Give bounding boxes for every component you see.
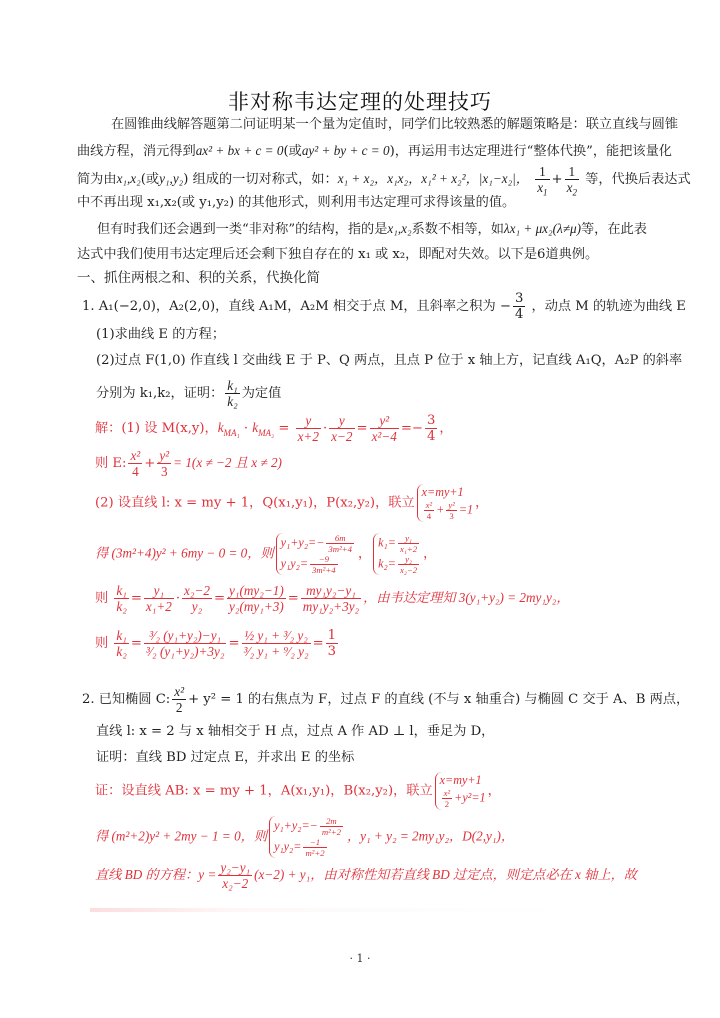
text: 为定值: [242, 386, 282, 401]
fraction-1-over-x1: 1x1: [535, 164, 549, 195]
document-page: 非对称韦达定理的处理技巧 在圆锥曲线解答题第二问证明某一个量为定值时，同学们比较…: [0, 0, 720, 1018]
variables: x₁,x₂: [387, 221, 411, 236]
solution1-step1: 解：(1) 设 M(x,y)，kMA₁ · kMA₂ = yx+2·yx−2=y…: [95, 413, 453, 444]
fraction-1-over-x2: 1x2: [565, 164, 579, 195]
fraction: ½ y₁ + ³⁄₂ y₂³⁄₂ y₁ + ⁹⁄₂ y₂: [242, 628, 311, 659]
fraction: k₁k₂: [114, 583, 128, 614]
solution2-step3: 直线 BD 的方程：y =y₂−y₁x₂−2(x−2) + y₁，由对称性知若直…: [95, 860, 637, 891]
text: 则 E:: [95, 456, 126, 471]
equation: ax² + bx + c = 0: [196, 143, 284, 158]
fraction: yx+2: [296, 413, 321, 444]
problem2-line3: 证明：直线 BD 过定点 E，并求出 E 的坐标: [96, 745, 354, 771]
fraction: k₁k₂: [114, 628, 128, 659]
solution1-step3: (2) 设直线 l: x = my + 1，Q(x₁,y₁)，P(x₂,y₂)，…: [95, 484, 488, 522]
solution1-step6: 则 k₁k₂=³⁄₂ (y₁+y₂)−y₁³⁄₂ (y₁+y₂)+3y₂=½ y…: [95, 628, 340, 659]
text: (或: [283, 144, 301, 159]
text: 直线 BD 的方程：y =: [95, 867, 216, 882]
vieta-system: y₁+y₂=−2mm²+2y₁y₂=−1m²+2: [269, 816, 345, 858]
intro-p2-line2: 达式中我们使用韦达定理后还会剩下独自存在的 x₁ 或 x₂，即配对失效。以下是6…: [77, 242, 598, 268]
problem1-question2-line2: 分别为 k₁,k₂，证明：k₁k₂为定值: [96, 378, 281, 409]
problem1-stem: 1. A₁(−2,0)，A₂(2,0)，直线 A₁M，A₂M 相交于点 M，且斜…: [82, 291, 686, 322]
fraction: x₂−2y₂: [182, 583, 212, 614]
symmetric-expressions: x₁ + x₂，x₁x₂，x₁² + x₂²，|x₁−x₂|，: [338, 171, 529, 186]
fraction: y²3: [157, 448, 171, 479]
fraction: y₁x₁+2: [144, 583, 174, 614]
solution1-step2: 则 E:x²4+y²3= 1(x ≠ −2 且 x ≠ 2): [95, 448, 282, 479]
text: 等，代换后表达式: [585, 172, 691, 187]
problem2-stem: 2. 已知椭圆 C:x²2+ y² = 1 的右焦点为 F，过点 F 的直线 (…: [82, 684, 689, 715]
text: (x−2) + y₁，由对称性知若直线 BD 过定点，则定点必在 x 轴上，故: [254, 867, 637, 882]
fraction-3-4: 34: [513, 291, 525, 322]
equation-system: x=my+1x²2+y²=1: [435, 772, 486, 810]
text: 则: [95, 636, 108, 651]
fraction: my₁y₂−y₁my₁y₂+3y₂: [301, 583, 361, 614]
text: 得 (3m²+4)y² + 6my − 0 = 0，则: [95, 546, 274, 561]
page-number: · 1 ·: [0, 952, 720, 965]
fraction: ³⁄₂ (y₁+y₂)−y₁³⁄₂ (y₁+y₂)+3y₂: [144, 628, 227, 659]
intro-p1-line2: 曲线方程，消元得到ax² + bx + c = 0(或ay² + by + c …: [77, 138, 672, 165]
text: )，再运用韦达定理进行“整体代换”，能把该量化: [390, 144, 672, 159]
fraction: y₂−y₁x₂−2: [218, 860, 252, 891]
intro-p2-line1: 但有时我们还会遇到一类“非对称”的结构，指的是x₁,x₂系数不相等，如λx₁ +…: [97, 216, 647, 243]
equation: ay² + by + c = 0: [302, 143, 390, 158]
fraction: x²4: [128, 448, 142, 479]
variables: y₁,y₂: [159, 171, 183, 186]
fraction: yx−2: [329, 413, 354, 444]
text: 得 (m²+2)y² + 2my − 1 = 0，则: [95, 829, 267, 844]
text: ，由韦达定理知 3(y₁+y₂) = 2my₁y₂，: [363, 590, 569, 605]
fraction: x²2: [172, 684, 186, 715]
text: 等，在此表: [581, 222, 647, 237]
text: + y² = 1 的右焦点为 F，过点 F 的直线 (不与 x 轴重合) 与椭圆…: [188, 692, 689, 707]
minus-sign: −: [500, 299, 511, 314]
asymmetric-expression: λx₁ + μx₂(λ≠μ): [504, 221, 581, 236]
text: ，动点 M 的轨迹为曲线 E: [532, 299, 686, 314]
text: 曲线方程，消元得到: [77, 144, 196, 159]
fraction: 13: [326, 628, 338, 659]
variables: x₁,x₂: [117, 171, 141, 186]
problem2-line2: 直线 l: x = 2 与 x 轴相交于 H 点，过点 A 作 AD ⊥ l，垂…: [96, 719, 494, 745]
text: (2) 设直线 l: x = my + 1，Q(x₁,y₁)，P(x₂,y₂)，…: [95, 495, 415, 510]
vieta-system: y₁+y₂=−6m3m²+4y₁y₂=−93m²+4: [276, 533, 356, 575]
fraction: y²x²−4: [370, 413, 399, 444]
text: 证：设直线 AB: x = my + 1，A(x₁,y₁)，B(x₂,y₂)，联…: [95, 783, 433, 798]
solution1-step4: 得 (3m²+4)y² + 6my − 0 = 0，则y₁+y₂=−6m3m²+…: [95, 533, 436, 575]
equation-tail: = 1(x ≠ −2 且 x ≠ 2): [173, 455, 282, 470]
solution2-step2: 得 (m²+2)y² + 2my − 1 = 0，则y₁+y₂=−2mm²+2y…: [95, 816, 514, 858]
text: 但有时我们还会遇到一类“非对称”的结构，指的是: [97, 222, 387, 237]
section-heading-1: 一、抓住两根之和、积的关系，代换化简: [77, 266, 320, 286]
text: 简为由: [77, 172, 117, 187]
intro-p1-line1: 在圆锥曲线解答题第二问证明某一个量为定值时，同学们比较熟悉的解题策略是：联立直线…: [111, 112, 678, 138]
intro-p1-line4: 中不再出现 x₁,x₂(或 y₁,y₂) 的其他形式，则利用韦达定理可求得该量的…: [77, 190, 515, 216]
text: ，y₁ + y₂ = 2my₁y₂，D(2,y₁)，: [347, 829, 514, 844]
fraction: 34: [425, 413, 437, 444]
text: 系数不相等，如: [412, 222, 504, 237]
problem1-question1: (1)求曲线 E 的方程；: [96, 322, 225, 348]
problem1-question2-line1: (2)过点 F(1,0) 作直线 l 交曲线 E 于 P、Q 两点，且点 P 位…: [96, 348, 682, 374]
slope-system: k₁=y₁x₁+2k₂=y₂x₂−2: [373, 533, 421, 575]
text: 2. 已知椭圆 C:: [82, 692, 170, 707]
text: 1. A₁(−2,0)，A₂(2,0)，直线 A₁M，A₂M 相交于点 M，且斜…: [82, 299, 496, 314]
faded-line-artifact: [90, 908, 570, 912]
equation-system: x=my+1x²4+y²3=1: [417, 484, 473, 522]
solution1-step5: 则 k₁k₂=y₁x₁+2·x₂−2y₂=y₁(my₂−1)y₂(my₁+3)=…: [95, 583, 570, 614]
text: (或: [141, 172, 159, 187]
text: 分别为 k₁,k₂，证明：: [96, 386, 223, 401]
fraction-k1-k2: k₁k₂: [225, 378, 239, 409]
text: 解：(1) 设 M(x,y)，: [95, 421, 218, 436]
solution2-step1: 证：设直线 AB: x = my + 1，A(x₁,y₁)，B(x₂,y₂)，联…: [95, 772, 501, 810]
fraction: y₁(my₂−1)y₂(my₁+3): [227, 583, 286, 614]
text: ) 组成的一切对称式，如：: [183, 172, 337, 187]
text: 则: [95, 591, 108, 606]
